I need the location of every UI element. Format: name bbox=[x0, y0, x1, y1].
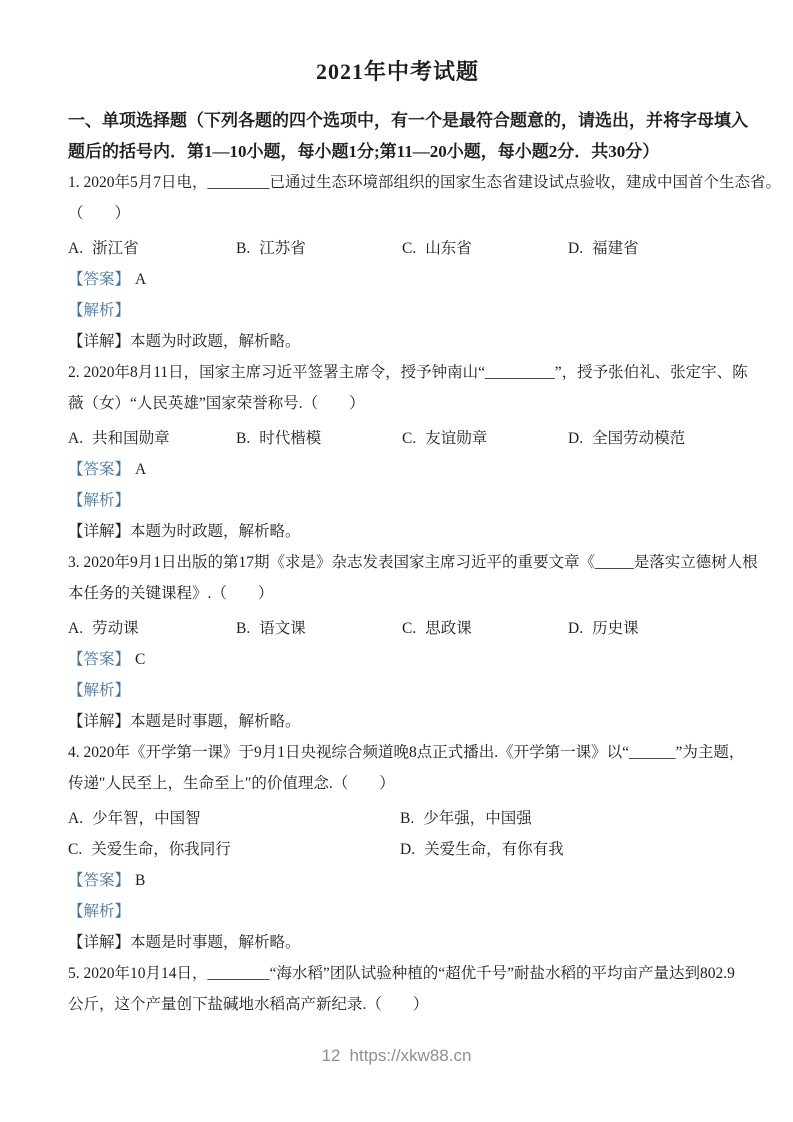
option-text: 少年智，中国智 bbox=[92, 803, 201, 834]
option: B.时代楷模 bbox=[236, 423, 402, 454]
option: D.关爱生命，有你有我 bbox=[400, 834, 727, 865]
option-label: B. bbox=[236, 613, 250, 644]
question-3: 3. 2020年9月1日出版的第17期《求是》杂志发表国家主席习近平的重要文章《… bbox=[68, 547, 727, 737]
option-text: 思政课 bbox=[425, 613, 472, 644]
option-label: A. bbox=[68, 423, 83, 454]
options-row: A.少年智，中国智B.少年强，中国强C.关爱生命，你我同行D.关爱生命，有你有我 bbox=[68, 803, 727, 865]
question-stem-line: 2. 2020年8月11日，国家主席习近平签署主席令，授予钟南山“_______… bbox=[68, 357, 727, 388]
answer-label: 【答案】 bbox=[68, 454, 130, 485]
option: B.少年强，中国强 bbox=[400, 803, 727, 834]
option: B.语文课 bbox=[236, 613, 402, 644]
question-1: 1. 2020年5月7日电，________已通过生态环境部组织的国家生态省建设… bbox=[68, 167, 727, 357]
option-label: C. bbox=[402, 423, 416, 454]
answer-value: B bbox=[135, 865, 145, 896]
option: D.全国劳动模范 bbox=[568, 423, 727, 454]
answer-row: 【答案】C bbox=[68, 644, 727, 675]
question-stem-line: 3. 2020年9月1日出版的第17期《求是》杂志发表国家主席习近平的重要文章《… bbox=[68, 547, 727, 578]
questions-container: 1. 2020年5月7日电，________已通过生态环境部组织的国家生态省建设… bbox=[68, 167, 727, 1020]
options-row: A.共和国勋章B.时代楷模C.友谊勋章D.全国劳动模范 bbox=[68, 423, 727, 454]
footer-url: https://xkw88.cn bbox=[350, 1046, 472, 1066]
question-stem-line: 1. 2020年5月7日电，________已通过生态环境部组织的国家生态省建设… bbox=[68, 167, 727, 198]
question-stem-line: 公斤，这个产量创下盐碱地水稻高产新纪录.（ ） bbox=[68, 989, 727, 1020]
option-text: 山东省 bbox=[425, 233, 472, 264]
option-text: 语文课 bbox=[259, 613, 306, 644]
option-label: A. bbox=[68, 803, 83, 834]
option-text: 关爱生命，你我同行 bbox=[91, 834, 231, 865]
question-stem-line: （ ） bbox=[68, 198, 727, 229]
option: A.劳动课 bbox=[68, 613, 236, 644]
analysis-label: 【解析】 bbox=[68, 302, 130, 319]
option-label: D. bbox=[400, 834, 415, 865]
question-4: 4. 2020年《开学第一课》于9月1日央视综合频道晚8点正式播出.《开学第一课… bbox=[68, 737, 727, 958]
analysis-label: 【解析】 bbox=[68, 903, 130, 920]
answer-label: 【答案】 bbox=[68, 865, 130, 896]
detail-text: 【详解】本题为时政题，解析略。 bbox=[68, 326, 727, 357]
option: A.共和国勋章 bbox=[68, 423, 236, 454]
option-text: 浙江省 bbox=[92, 233, 139, 264]
analysis-row: 【解析】 bbox=[68, 675, 727, 706]
options-row: A.浙江省B.江苏省C.山东省D.福建省 bbox=[68, 233, 727, 264]
answer-row: 【答案】A bbox=[68, 454, 727, 485]
exam-document-page: 2021年中考试题 一、单项选择题（下列各题的四个选项中，有一个是最符合题意的，… bbox=[0, 0, 793, 1122]
option: A.少年智，中国智 bbox=[68, 803, 400, 834]
option: C.关爱生命，你我同行 bbox=[68, 834, 400, 865]
option-text: 劳动课 bbox=[92, 613, 139, 644]
analysis-row: 【解析】 bbox=[68, 295, 727, 326]
option: C.友谊勋章 bbox=[402, 423, 568, 454]
analysis-row: 【解析】 bbox=[68, 485, 727, 516]
question-stem-line: 传递″人民至上，生命至上″的价值理念.（ ） bbox=[68, 768, 727, 799]
section-header-line-1: 一、单项选择题（下列各题的四个选项中，有一个是最符合题意的，请选出，并将字母填入 bbox=[68, 105, 727, 136]
option-label: A. bbox=[68, 233, 83, 264]
option-label: B. bbox=[236, 423, 250, 454]
answer-label: 【答案】 bbox=[68, 644, 130, 675]
question-stem-line: 薇（女）“人民英雄”国家荣誉称号.（ ） bbox=[68, 388, 727, 419]
question-stem-line: 本任务的关键课程》.（ ） bbox=[68, 578, 727, 609]
option-label: B. bbox=[236, 233, 250, 264]
answer-row: 【答案】A bbox=[68, 264, 727, 295]
option-text: 全国劳动模范 bbox=[592, 423, 685, 454]
option-label: D. bbox=[568, 233, 583, 264]
question-stem-line: 4. 2020年《开学第一课》于9月1日央视综合频道晚8点正式播出.《开学第一课… bbox=[68, 737, 727, 768]
options-row: A.劳动课B.语文课C.思政课D.历史课 bbox=[68, 613, 727, 644]
option: D.福建省 bbox=[568, 233, 727, 264]
option-text: 时代楷模 bbox=[259, 423, 321, 454]
section-header-line-2: 题后的括号内．第1—10小题，每小题1分;第11—20小题，每小题2分．共30分… bbox=[68, 136, 727, 167]
answer-row: 【答案】B bbox=[68, 865, 727, 896]
option-label: C. bbox=[402, 613, 416, 644]
option-text: 江苏省 bbox=[259, 233, 306, 264]
option-label: C. bbox=[68, 834, 82, 865]
analysis-label: 【解析】 bbox=[68, 492, 130, 509]
answer-label: 【答案】 bbox=[68, 264, 130, 295]
option-text: 关爱生命，有你有我 bbox=[424, 834, 564, 865]
option-text: 共和国勋章 bbox=[92, 423, 170, 454]
option: D.历史课 bbox=[568, 613, 727, 644]
option-label: A. bbox=[68, 613, 83, 644]
page-number: 12 bbox=[322, 1046, 341, 1066]
option-label: D. bbox=[568, 613, 583, 644]
detail-text: 【详解】本题是时事题，解析略。 bbox=[68, 706, 727, 737]
option: B.江苏省 bbox=[236, 233, 402, 264]
option-label: D. bbox=[568, 423, 583, 454]
section-header: 一、单项选择题（下列各题的四个选项中，有一个是最符合题意的，请选出，并将字母填入… bbox=[68, 105, 727, 167]
option-text: 友谊勋章 bbox=[425, 423, 487, 454]
detail-text: 【详解】本题为时政题，解析略。 bbox=[68, 516, 727, 547]
option-text: 历史课 bbox=[592, 613, 639, 644]
option: C.山东省 bbox=[402, 233, 568, 264]
option: C.思政课 bbox=[402, 613, 568, 644]
page-title: 2021年中考试题 bbox=[68, 53, 727, 90]
analysis-label: 【解析】 bbox=[68, 682, 130, 699]
page-footer: 12 https://xkw88.cn bbox=[0, 1046, 793, 1066]
option: A.浙江省 bbox=[68, 233, 236, 264]
answer-value: C bbox=[135, 644, 145, 675]
answer-value: A bbox=[135, 264, 146, 295]
option-text: 少年强，中国强 bbox=[423, 803, 532, 834]
answer-value: A bbox=[135, 454, 146, 485]
option-label: B. bbox=[400, 803, 414, 834]
question-5: 5. 2020年10月14日，________“海水稻”团队试验种植的“超优千号… bbox=[68, 958, 727, 1020]
detail-text: 【详解】本题是时事题，解析略。 bbox=[68, 927, 727, 958]
option-label: C. bbox=[402, 233, 416, 264]
option-text: 福建省 bbox=[592, 233, 639, 264]
question-2: 2. 2020年8月11日，国家主席习近平签署主席令，授予钟南山“_______… bbox=[68, 357, 727, 547]
analysis-row: 【解析】 bbox=[68, 896, 727, 927]
question-stem-line: 5. 2020年10月14日，________“海水稻”团队试验种植的“超优千号… bbox=[68, 958, 727, 989]
